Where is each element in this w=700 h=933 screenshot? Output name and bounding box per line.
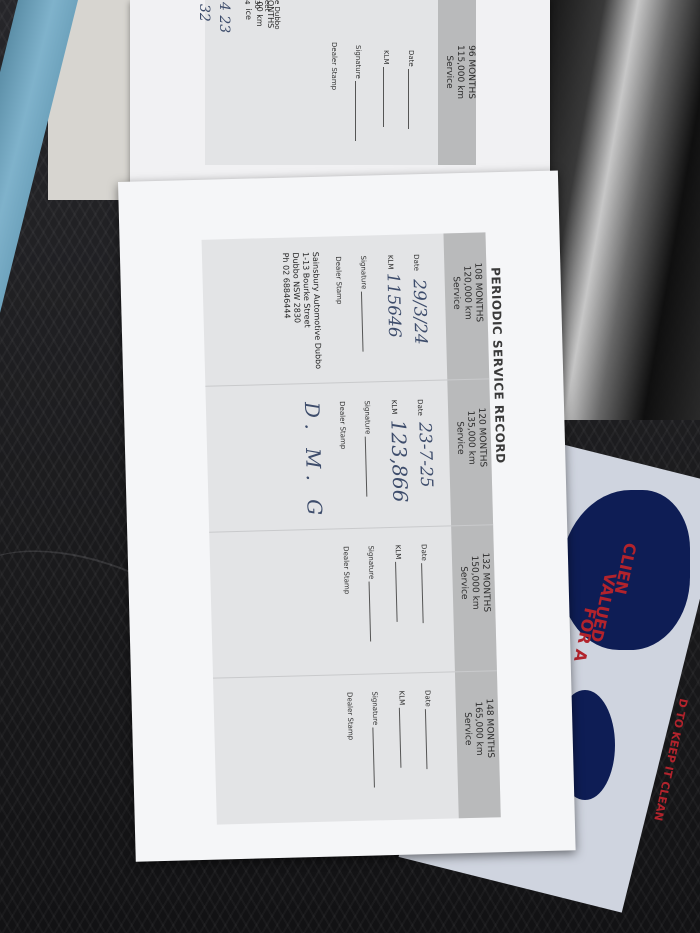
date-field[interactable]: Date — [420, 544, 430, 623]
date-value: 29/3/24 — [409, 279, 431, 345]
signature-field: Signature — [359, 256, 370, 352]
dealer-stamp: Sainsbury Automotive Dubbo1-13 Bourke St… — [280, 252, 323, 370]
entry-header: 132 MONTHS150,000 kmService — [457, 552, 492, 612]
dealer-stamp: D. M. G — [300, 402, 327, 522]
signature-field[interactable]: Signature — [370, 691, 381, 787]
partial-address: e Dubboeet304 — [242, 0, 282, 30]
booklet-main-page: PERIODIC SERVICE RECORD 108 MONTHS120,00… — [118, 170, 576, 861]
klm-value: 123,866 — [386, 419, 412, 502]
klm-field: KLM — [386, 255, 394, 270]
entry-header: 148 MONTHS165,000 kmService — [461, 698, 496, 758]
dealer-stamp-label: Dealer Stamp — [334, 256, 343, 304]
entry-header: 108 MONTHS120,000 kmService — [449, 262, 484, 322]
date-field: Date — [416, 399, 424, 416]
top-stamp-label: Dealer Stamp — [330, 42, 338, 90]
klm-value: 115646 — [382, 273, 404, 338]
partial-klm: 32 — [196, 4, 212, 22]
plastic-sleeve — [548, 0, 700, 420]
signature-field[interactable]: Signature — [367, 545, 378, 641]
klm-field[interactable]: KLM — [397, 691, 407, 768]
dealer-stamp-label: Dealer Stamp — [345, 692, 354, 740]
partial-date: 4 23 — [216, 2, 232, 33]
dealer-stamp-label: Dealer Stamp — [342, 546, 351, 594]
entry-header: 120 MONTHS135,000 kmService — [453, 407, 488, 467]
page-title: PERIODIC SERVICE RECORD — [488, 267, 507, 464]
date-field[interactable]: Date — [423, 690, 433, 769]
top-date-label: Date — [407, 50, 415, 129]
top-signature-label: Signature — [354, 45, 362, 141]
dealer-stamp-label: Dealer Stamp — [338, 401, 347, 449]
signature-field: Signature — [363, 400, 374, 496]
klm-field: KLM — [390, 400, 398, 415]
top-klm-label: KLM — [382, 50, 390, 127]
service-record-grid: 108 MONTHS120,000 kmService Date 29/3/24… — [202, 232, 501, 824]
date-field: Date — [412, 254, 420, 271]
date-value: 23-7-25 — [414, 422, 436, 488]
klm-field[interactable]: KLM — [394, 545, 404, 622]
top-header-text: 96 MONTHS115,000 kmService — [443, 45, 476, 99]
